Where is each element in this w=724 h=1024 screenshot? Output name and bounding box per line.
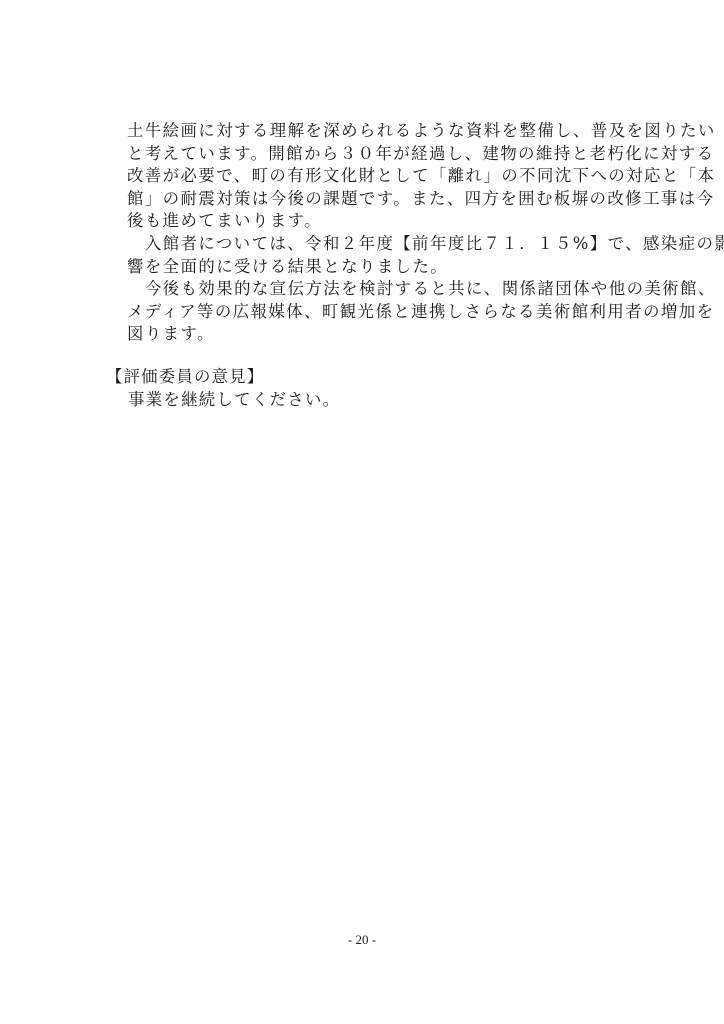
- text-line: 入館者については、令和２年度【前年度比７１．１５%】で、感染症の影: [127, 233, 613, 256]
- evaluation-text: 事業を継続してください。: [106, 389, 606, 412]
- document-page: 土牛絵画に対する理解を深められるような資料を整備し、普及を図りたい と考えていま…: [0, 0, 724, 1024]
- paragraph-promotion: 今後も効果的な宣伝方法を検討すると共に、関係諸団体や他の美術館、 メディア等の広…: [127, 278, 613, 346]
- evaluation-section: 【評価委員の意見】 事業を継続してください。: [106, 366, 606, 411]
- paragraph-visitors: 入館者については、令和２年度【前年度比７１．１５%】で、感染症の影 響を全面的に…: [127, 233, 613, 278]
- page-number: - 20 -: [0, 932, 724, 948]
- paragraph-facilities: 土牛絵画に対する理解を深められるような資料を整備し、普及を図りたい と考えていま…: [127, 120, 613, 233]
- text-line: 改善が必要で、町の有形文化財として「離れ」の不同沈下への対応と「本: [127, 165, 613, 188]
- body-text: 土牛絵画に対する理解を深められるような資料を整備し、普及を図りたい と考えていま…: [127, 120, 613, 346]
- text-line: 今後も効果的な宣伝方法を検討すると共に、関係諸団体や他の美術館、: [127, 278, 613, 301]
- text-line: 響を全面的に受ける結果となりました。: [127, 256, 613, 279]
- text-line: 後も進めてまいります。: [127, 210, 613, 233]
- text-line: メディア等の広報媒体、町観光係と連携しさらなる美術館利用者の増加を: [127, 301, 613, 324]
- text-line: と考えています。開館から３０年が経過し、建物の維持と老朽化に対する: [127, 143, 613, 166]
- text-line: 館」の耐震対策は今後の課題です。また、四方を囲む板塀の改修工事は今: [127, 188, 613, 211]
- evaluation-heading: 【評価委員の意見】: [106, 366, 606, 389]
- text-line: 土牛絵画に対する理解を深められるような資料を整備し、普及を図りたい: [127, 120, 613, 143]
- text-line: 図ります。: [127, 323, 613, 346]
